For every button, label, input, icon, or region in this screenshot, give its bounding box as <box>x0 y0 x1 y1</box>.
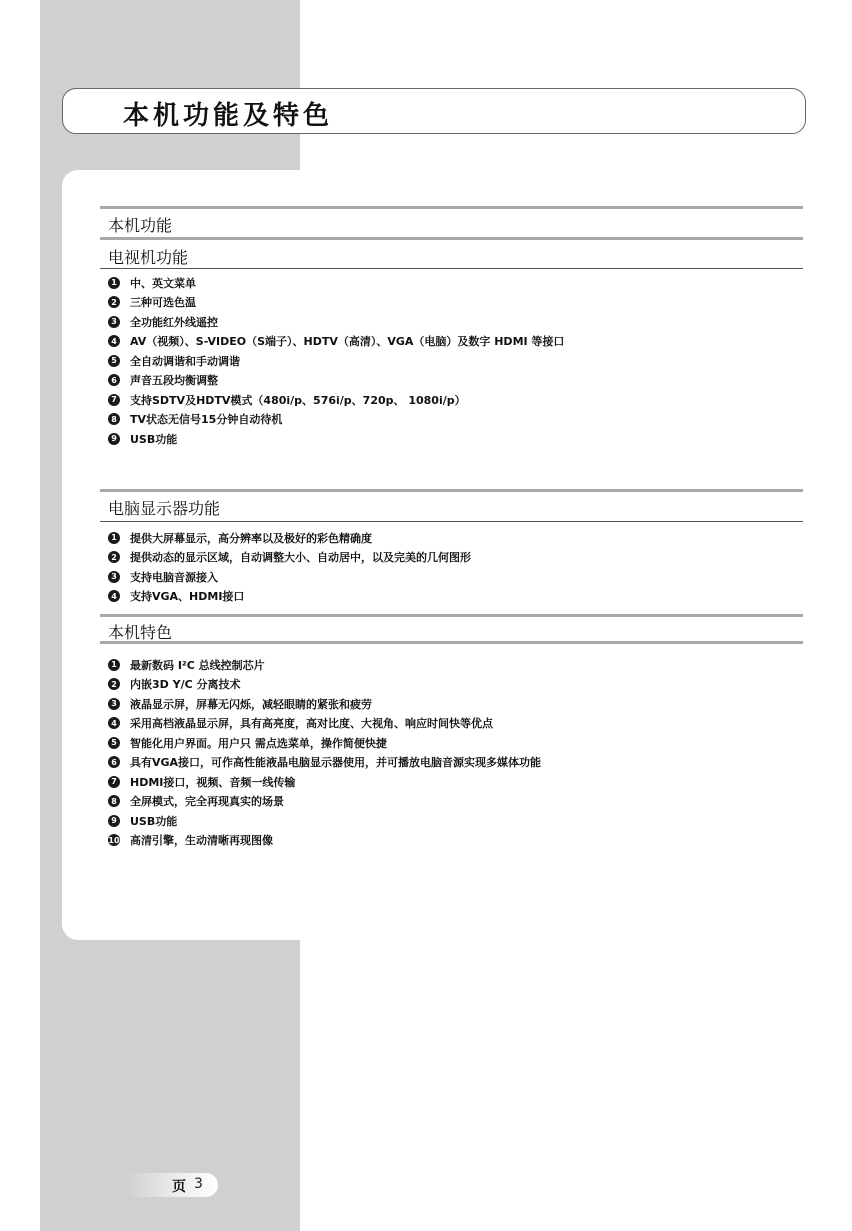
page-title: 本机功能及特色 <box>123 95 333 132</box>
numbered-bullet-icon: 8 <box>108 795 120 807</box>
list-item-text: 高清引擎，生动清晰再现图像 <box>130 832 273 848</box>
list-item-text: 全屏模式，完全再现真实的场景 <box>130 793 284 809</box>
list-item-text: AV（视频）、S-VIDEO（S端子）、HDTV（高清）、VGA（电脑）及数字 … <box>130 333 564 349</box>
numbered-bullet-icon: 6 <box>108 756 120 768</box>
list-item: 3全功能红外线遥控 <box>108 312 564 332</box>
numbered-bullet-icon: 10 <box>108 834 120 846</box>
list-item-text: 声音五段均衡调整 <box>130 372 218 388</box>
numbered-bullet-icon: 4 <box>108 717 120 729</box>
list-item: 1提供大屏幕显示，高分辨率以及极好的彩色精确度 <box>108 528 471 548</box>
list-item-text: 智能化用户界面。用户只 需点选菜单，操作简便快捷 <box>130 735 387 751</box>
list-item: 3液晶显示屏，屏幕无闪烁，减轻眼睛的紧张和疲劳 <box>108 694 541 714</box>
numbered-bullet-icon: 2 <box>108 551 120 563</box>
page-number-badge: 页 3 <box>128 1173 218 1197</box>
numbered-bullet-icon: 8 <box>108 413 120 425</box>
list-item: 1最新数码 I²C 总线控制芯片 <box>108 655 541 675</box>
list-item-text: HDMI接口，视频、音频一线传输 <box>130 774 295 790</box>
numbered-bullet-icon: 6 <box>108 374 120 386</box>
numbered-bullet-icon: 9 <box>108 433 120 445</box>
list-item: 2三种可选色温 <box>108 293 564 313</box>
list-item: 4支持VGA、HDMI接口 <box>108 587 471 607</box>
numbered-bullet-icon: 1 <box>108 532 120 544</box>
section-divider <box>100 614 803 617</box>
numbered-bullet-icon: 2 <box>108 296 120 308</box>
heading-underline <box>100 521 803 522</box>
numbered-bullet-icon: 4 <box>108 335 120 347</box>
list-item: 4采用高档液晶显示屏，具有高亮度，高对比度、大视角、响应时间快等优点 <box>108 714 541 734</box>
highlights-list: 1最新数码 I²C 总线控制芯片2内嵌3D Y/C 分离技术3液晶显示屏，屏幕无… <box>108 655 541 850</box>
list-item-text: USB功能 <box>130 813 177 829</box>
numbered-bullet-icon: 1 <box>108 277 120 289</box>
section-heading-features: 本机特色 <box>108 620 172 643</box>
numbered-bullet-icon: 5 <box>108 355 120 367</box>
numbered-bullet-icon: 4 <box>108 590 120 602</box>
numbered-bullet-icon: 3 <box>108 571 120 583</box>
numbered-bullet-icon: 9 <box>108 815 120 827</box>
list-item-text: 提供大屏幕显示，高分辨率以及极好的彩色精确度 <box>130 530 372 546</box>
list-item-text: 支持电脑音源接入 <box>130 569 218 585</box>
list-item-text: USB功能 <box>130 431 177 447</box>
list-item: 5全自动调谐和手动调谐 <box>108 351 564 371</box>
list-item: 2提供动态的显示区域，自动调整大小、自动居中，以及完美的几何图形 <box>108 548 471 568</box>
numbered-bullet-icon: 5 <box>108 737 120 749</box>
list-item: 10高清引擎，生动清晰再现图像 <box>108 831 541 851</box>
list-item-text: 全自动调谐和手动调谐 <box>130 353 240 369</box>
numbered-bullet-icon: 7 <box>108 394 120 406</box>
section-heading-main: 本机功能 <box>108 213 172 236</box>
list-item-text: 液晶显示屏，屏幕无闪烁，减轻眼睛的紧张和疲劳 <box>130 696 372 712</box>
list-item: 4AV（视频）、S-VIDEO（S端子）、HDTV（高清）、VGA（电脑）及数字… <box>108 332 564 352</box>
numbered-bullet-icon: 1 <box>108 659 120 671</box>
list-item: 7支持SDTV及HDTV模式（480i/p、576i/p、720p、 1080i… <box>108 390 564 410</box>
pc-features-list: 1提供大屏幕显示，高分辨率以及极好的彩色精确度2提供动态的显示区域，自动调整大小… <box>108 528 471 606</box>
list-item-text: 全功能红外线遥控 <box>130 314 218 330</box>
list-item: 8TV状态无信号15分钟自动待机 <box>108 410 564 430</box>
list-item-text: 三种可选色温 <box>130 294 196 310</box>
list-item: 3支持电脑音源接入 <box>108 567 471 587</box>
list-item-text: 支持SDTV及HDTV模式（480i/p、576i/p、720p、 1080i/… <box>130 392 466 408</box>
section-divider <box>100 206 803 209</box>
numbered-bullet-icon: 3 <box>108 698 120 710</box>
list-item: 7HDMI接口，视频、音频一线传输 <box>108 772 541 792</box>
list-item-text: 最新数码 I²C 总线控制芯片 <box>130 657 265 673</box>
list-item-text: TV状态无信号15分钟自动待机 <box>130 411 282 427</box>
numbered-bullet-icon: 7 <box>108 776 120 788</box>
list-item: 5智能化用户界面。用户只 需点选菜单，操作简便快捷 <box>108 733 541 753</box>
numbered-bullet-icon: 2 <box>108 678 120 690</box>
section-divider <box>100 237 803 240</box>
list-item: 8全屏模式，完全再现真实的场景 <box>108 792 541 812</box>
numbered-bullet-icon: 3 <box>108 316 120 328</box>
heading-underline <box>100 268 803 269</box>
list-item: 6具有VGA接口，可作高性能液晶电脑显示器使用，并可播放电脑音源实现多媒体功能 <box>108 753 541 773</box>
section-heading-pc: 电脑显示器功能 <box>108 496 220 519</box>
list-item-text: 具有VGA接口，可作高性能液晶电脑显示器使用，并可播放电脑音源实现多媒体功能 <box>130 754 541 770</box>
list-item-text: 提供动态的显示区域，自动调整大小、自动居中，以及完美的几何图形 <box>130 549 471 565</box>
page-number: 3 <box>194 1176 203 1192</box>
page-label: 页 <box>172 1176 186 1196</box>
list-item-text: 支持VGA、HDMI接口 <box>130 588 244 604</box>
list-item: 2内嵌3D Y/C 分离技术 <box>108 675 541 695</box>
section-heading-tv: 电视机功能 <box>108 245 188 268</box>
section-divider <box>100 489 803 492</box>
list-item: 9USB功能 <box>108 811 541 831</box>
list-item-text: 内嵌3D Y/C 分离技术 <box>130 676 241 692</box>
list-item: 9USB功能 <box>108 429 564 449</box>
tv-features-list: 1中、英文菜单2三种可选色温3全功能红外线遥控4AV（视频）、S-VIDEO（S… <box>108 273 564 449</box>
list-item: 6声音五段均衡调整 <box>108 371 564 391</box>
section-divider <box>100 641 803 644</box>
title-banner: 本机功能及特色 <box>62 88 806 134</box>
list-item-text: 采用高档液晶显示屏，具有高亮度，高对比度、大视角、响应时间快等优点 <box>130 715 493 731</box>
list-item: 1中、英文菜单 <box>108 273 564 293</box>
list-item-text: 中、英文菜单 <box>130 275 196 291</box>
